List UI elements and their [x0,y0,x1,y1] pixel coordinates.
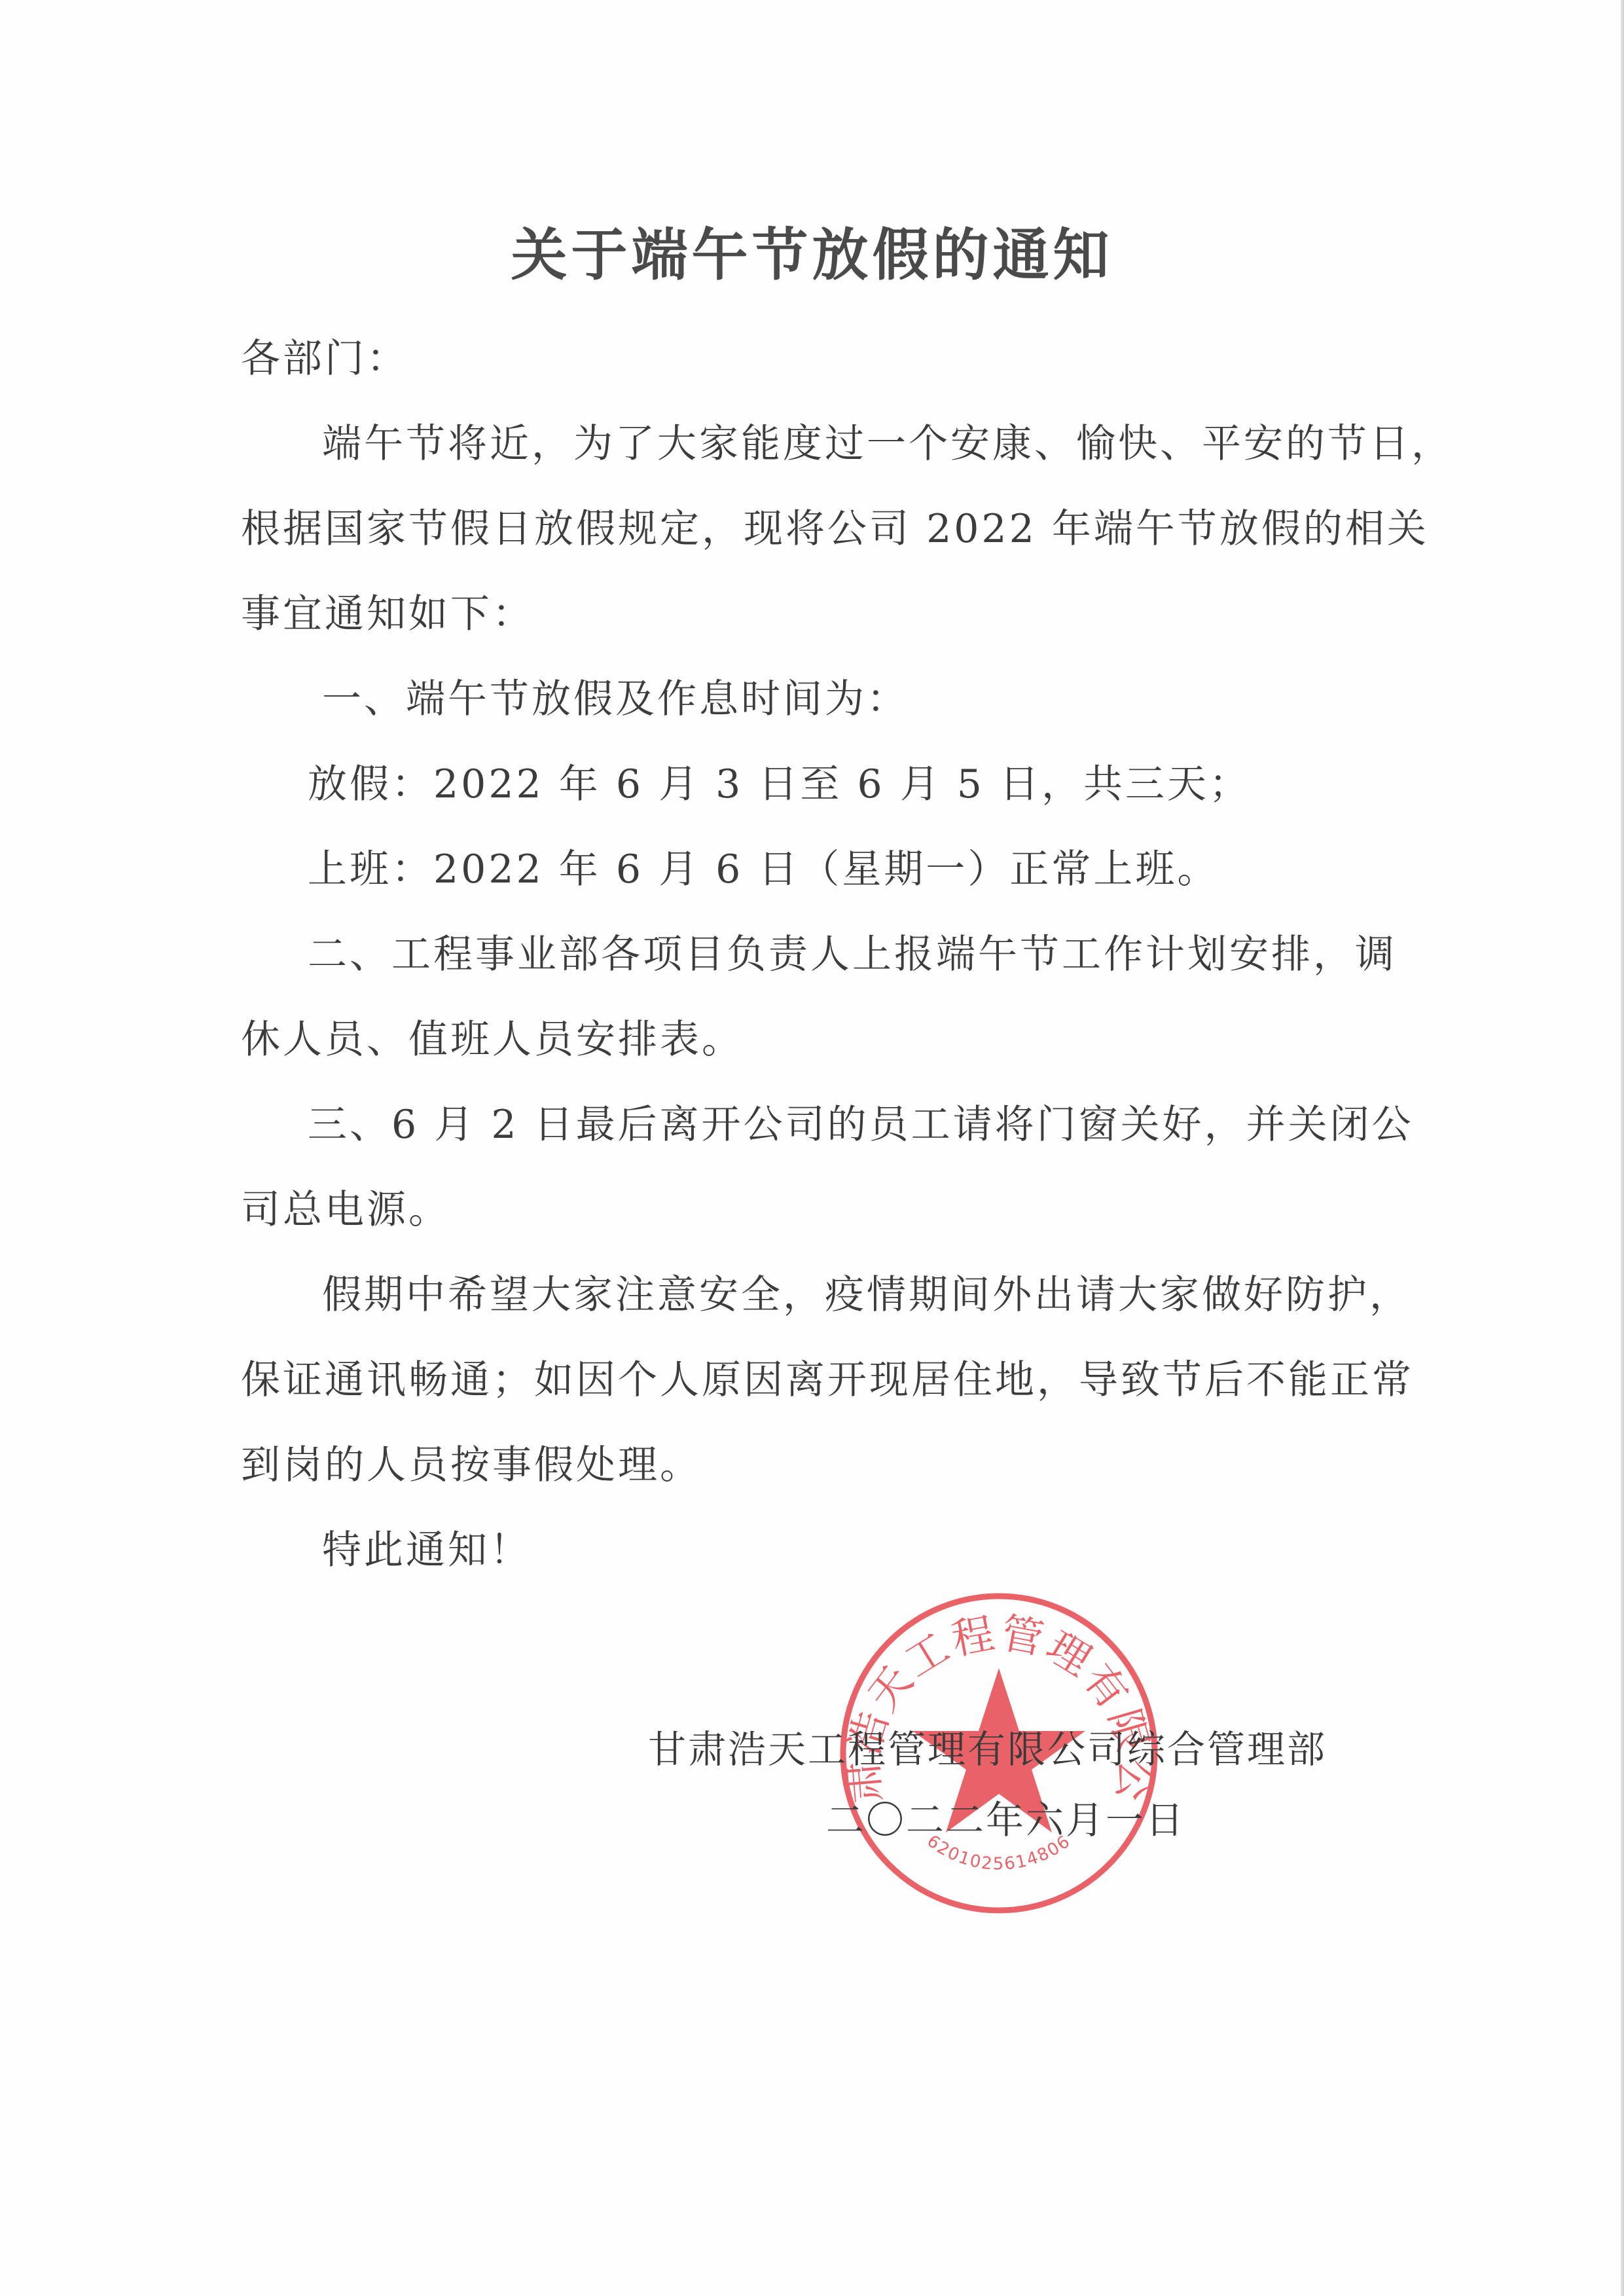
closing-line: 特此通知！ [322,1524,532,1576]
section-2-line-2: 休人员、值班人员安排表。 [241,1013,744,1066]
issuing-organization: 甘肃浩天工程管理有限公司综合管理部 [648,1723,1327,1776]
section-1-heading: 一、端午节放假及作息时间为： [322,673,909,725]
body-line-1: 端午节将近，为了大家能度过一个安康、愉快、平安的节日， [322,418,1453,470]
safety-line-2: 保证通讯畅通；如因个人原因离开现居住地，导致节后不能正常 [241,1354,1414,1406]
document-page: 关于端午节放假的通知 各部门： 端午节将近，为了大家能度过一个安康、愉快、平安的… [0,0,1624,2296]
body-line-3: 事宜通知如下： [241,588,534,640]
section-2-line-1: 二、工程事业部各项目负责人上报端午节工作计划安排，调 [308,928,1397,981]
document-title: 关于端午节放假的通知 [0,216,1624,295]
scan-edge [1621,0,1624,2296]
section-3-line-1: 三、6 月 2 日最后离开公司的员工请将门窗关好，并关闭公 [308,1099,1414,1151]
issue-date: 二〇二二年六月一日 [826,1794,1185,1846]
section-3-line-2: 司总电源。 [241,1184,450,1236]
holiday-dates: 放假：2022 年 6 月 3 日至 6 月 5 日，共三天； [308,758,1251,811]
work-resume-date: 上班：2022 年 6 月 6 日（星期一）正常上班。 [308,843,1219,896]
salutation: 各部门： [241,333,408,385]
safety-line-3: 到岗的人员按事假处理。 [241,1439,702,1491]
body-line-2: 根据国家节假日放假规定，现将公司 2022 年端午节放假的相关 [241,503,1429,555]
safety-line-1: 假期中希望大家注意安全，疫情期间外出请大家做好防护， [322,1269,1411,1321]
